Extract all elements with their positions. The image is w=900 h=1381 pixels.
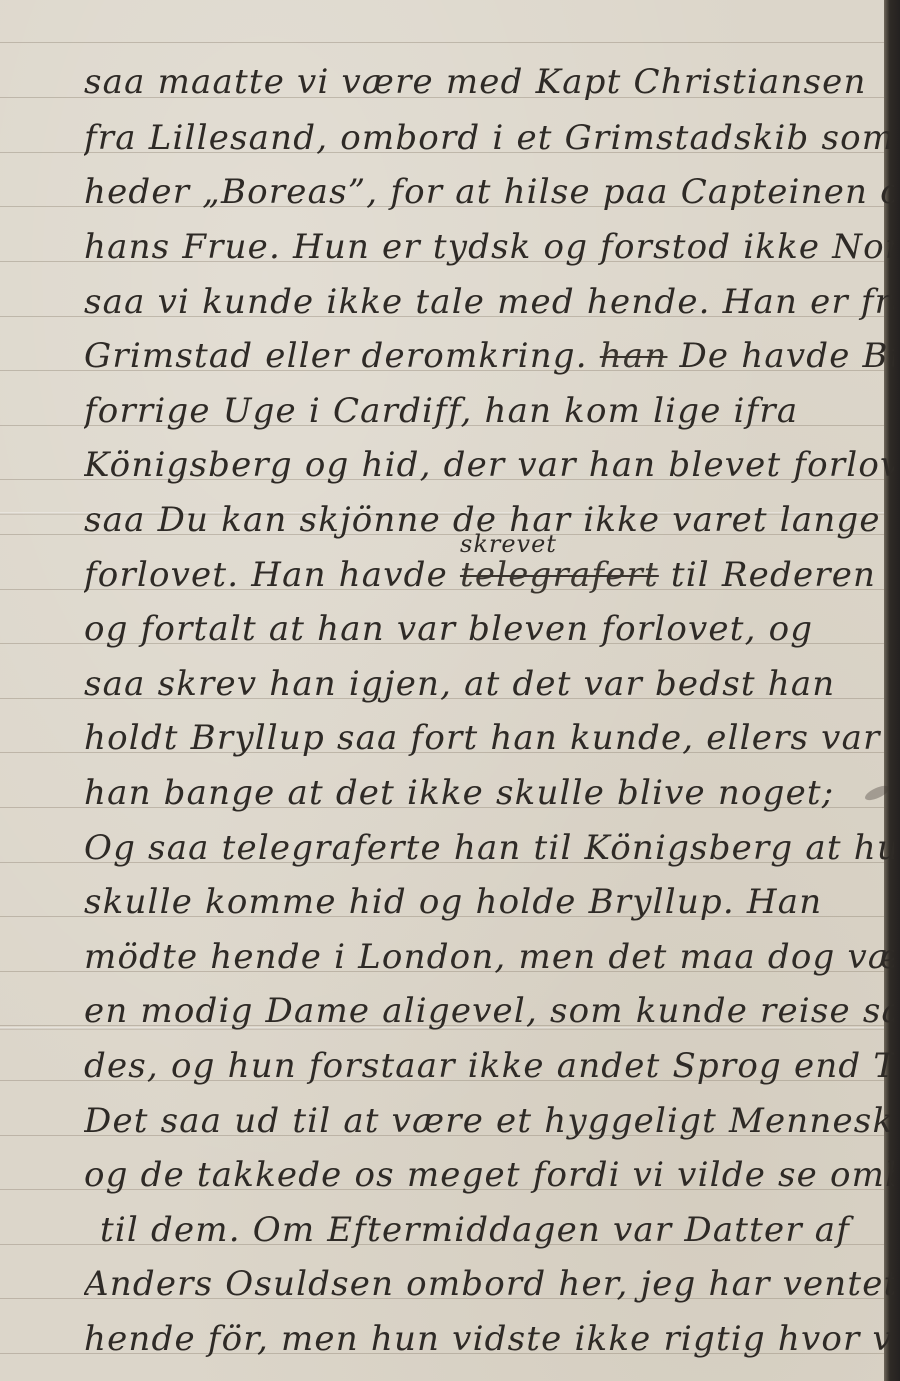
letter-line: Og saa telegraferte han til Königsberg a… — [84, 828, 894, 868]
letter-line: til dem. Om Eftermiddagen var Datter af — [100, 1210, 900, 1250]
letter-line: heder „Boreas”, for at hilse paa Captein… — [84, 172, 894, 212]
letter-line: og fortalt at han var bleven forlovet, o… — [84, 609, 894, 649]
letter-line: hans Frue. Hun er tydsk og forstod ikke … — [84, 227, 894, 267]
letter-line: forlovet. Han havde telegrafert til Rede… — [84, 555, 894, 595]
letter-line: Det saa ud til at være et hyggeligt Menn… — [84, 1101, 894, 1141]
letter-line: saa vi kunde ikke tale med hende. Han er… — [84, 282, 894, 322]
struck-word: telegrafert — [460, 555, 659, 595]
letter-line: og de takkede os meget fordi vi vilde se… — [84, 1155, 894, 1195]
letter-line: holdt Bryllup saa fort han kunde, ellers… — [84, 718, 894, 758]
letter-line: en modig Dame aligevel, som kunde reise … — [84, 991, 894, 1031]
letter-line: forrige Uge i Cardiff, han kom lige ifra — [84, 391, 894, 431]
letter-line: han bange at det ikke skulle blive noget… — [84, 773, 894, 813]
struck-word: han — [600, 336, 668, 376]
ruled-line — [0, 42, 884, 43]
letter-line: skulle komme hid og holde Bryllup. Han — [84, 882, 894, 922]
letter-line: hende för, men hun vidste ikke rigtig hv… — [84, 1319, 894, 1359]
letter-line: saa maatte vi være med Kapt Christiansen — [84, 62, 894, 102]
letter-line: mödte hende i London, men det maa dog væ… — [84, 937, 894, 977]
letter-line: des, og hun forstaar ikke andet Sprog en… — [84, 1046, 894, 1086]
letter-line: fra Lillesand, ombord i et Grimstadskib … — [84, 118, 894, 158]
letter-line: saa skrev han igjen, at det var bedst ha… — [84, 664, 894, 704]
letter-line: Königsberg og hid, der var han blevet fo… — [84, 445, 894, 485]
letter-line: Grimstad eller deromkring. han De havde … — [84, 336, 894, 376]
inserted-word: skrevet — [460, 530, 557, 558]
letter-line: Anders Osuldsen ombord her, jeg har vent… — [84, 1264, 894, 1304]
